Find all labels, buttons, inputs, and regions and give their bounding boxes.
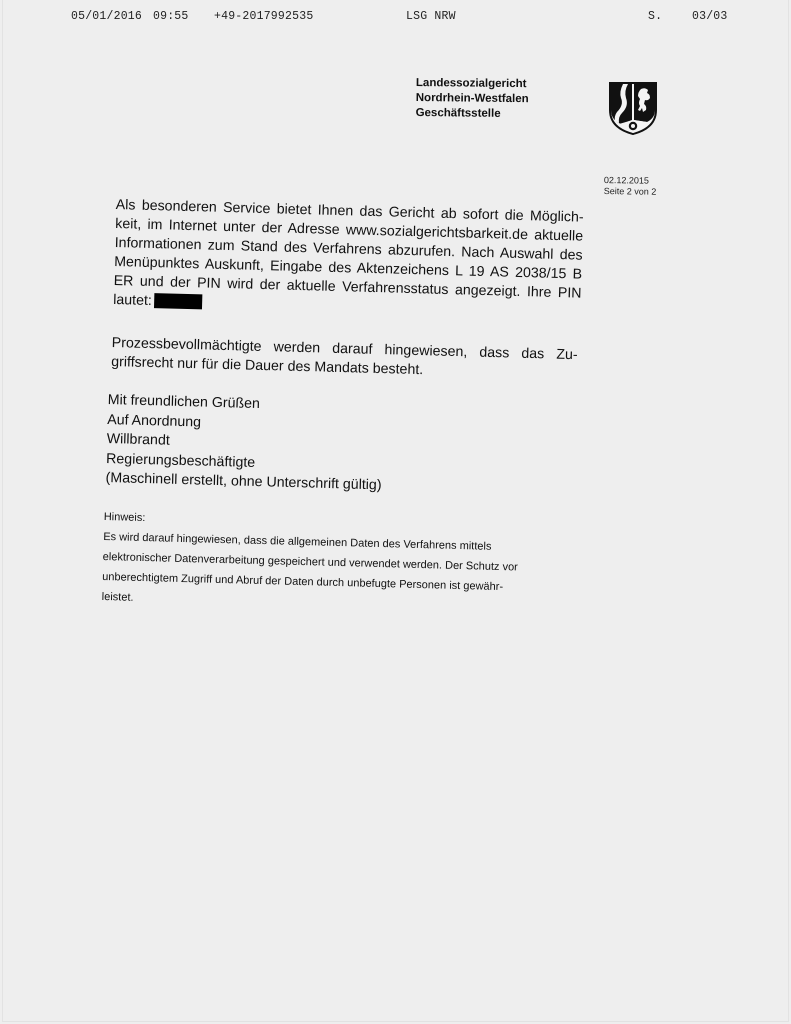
letter-date-block: 02.12.2015 Seite 2 von 2 bbox=[604, 175, 657, 198]
representatives-paragraph: Prozessbevollmächtigte werden darauf hin… bbox=[111, 334, 578, 384]
fax-time: 09:55 bbox=[153, 10, 189, 23]
page-info: Seite 2 von 2 bbox=[604, 186, 657, 198]
court-letterhead: Landessozialgericht Nordrhein-Westfalen … bbox=[416, 76, 529, 122]
pin-redaction bbox=[154, 293, 202, 309]
service-paragraph: Als besonderen Service bietet Ihnen das … bbox=[113, 196, 584, 323]
letter-date: 02.12.2015 bbox=[604, 175, 657, 187]
fax-page-count: 03/03 bbox=[692, 10, 728, 23]
pin-label: lautet: bbox=[113, 292, 152, 309]
fax-sender: LSG NRW bbox=[406, 10, 456, 23]
fax-header: 05/01/2016 09:55 +49-2017992535 LSG NRW … bbox=[0, 10, 791, 24]
court-office: Geschäftsstelle bbox=[416, 106, 529, 122]
fax-page-prefix: S. bbox=[648, 10, 662, 23]
court-state: Nordrhein-Westfalen bbox=[416, 91, 529, 107]
notice-block: Hinweis: Es wird darauf hingewiesen, das… bbox=[101, 508, 519, 617]
nrw-coat-of-arms-icon bbox=[607, 80, 659, 136]
closing-block: Mit freundlichen Grüßen Auf Anordnung Wi… bbox=[105, 391, 384, 496]
fax-phone-number: +49-2017992535 bbox=[214, 10, 313, 23]
court-name: Landessozialgericht bbox=[416, 76, 529, 92]
fax-date: 05/01/2016 bbox=[71, 10, 142, 23]
